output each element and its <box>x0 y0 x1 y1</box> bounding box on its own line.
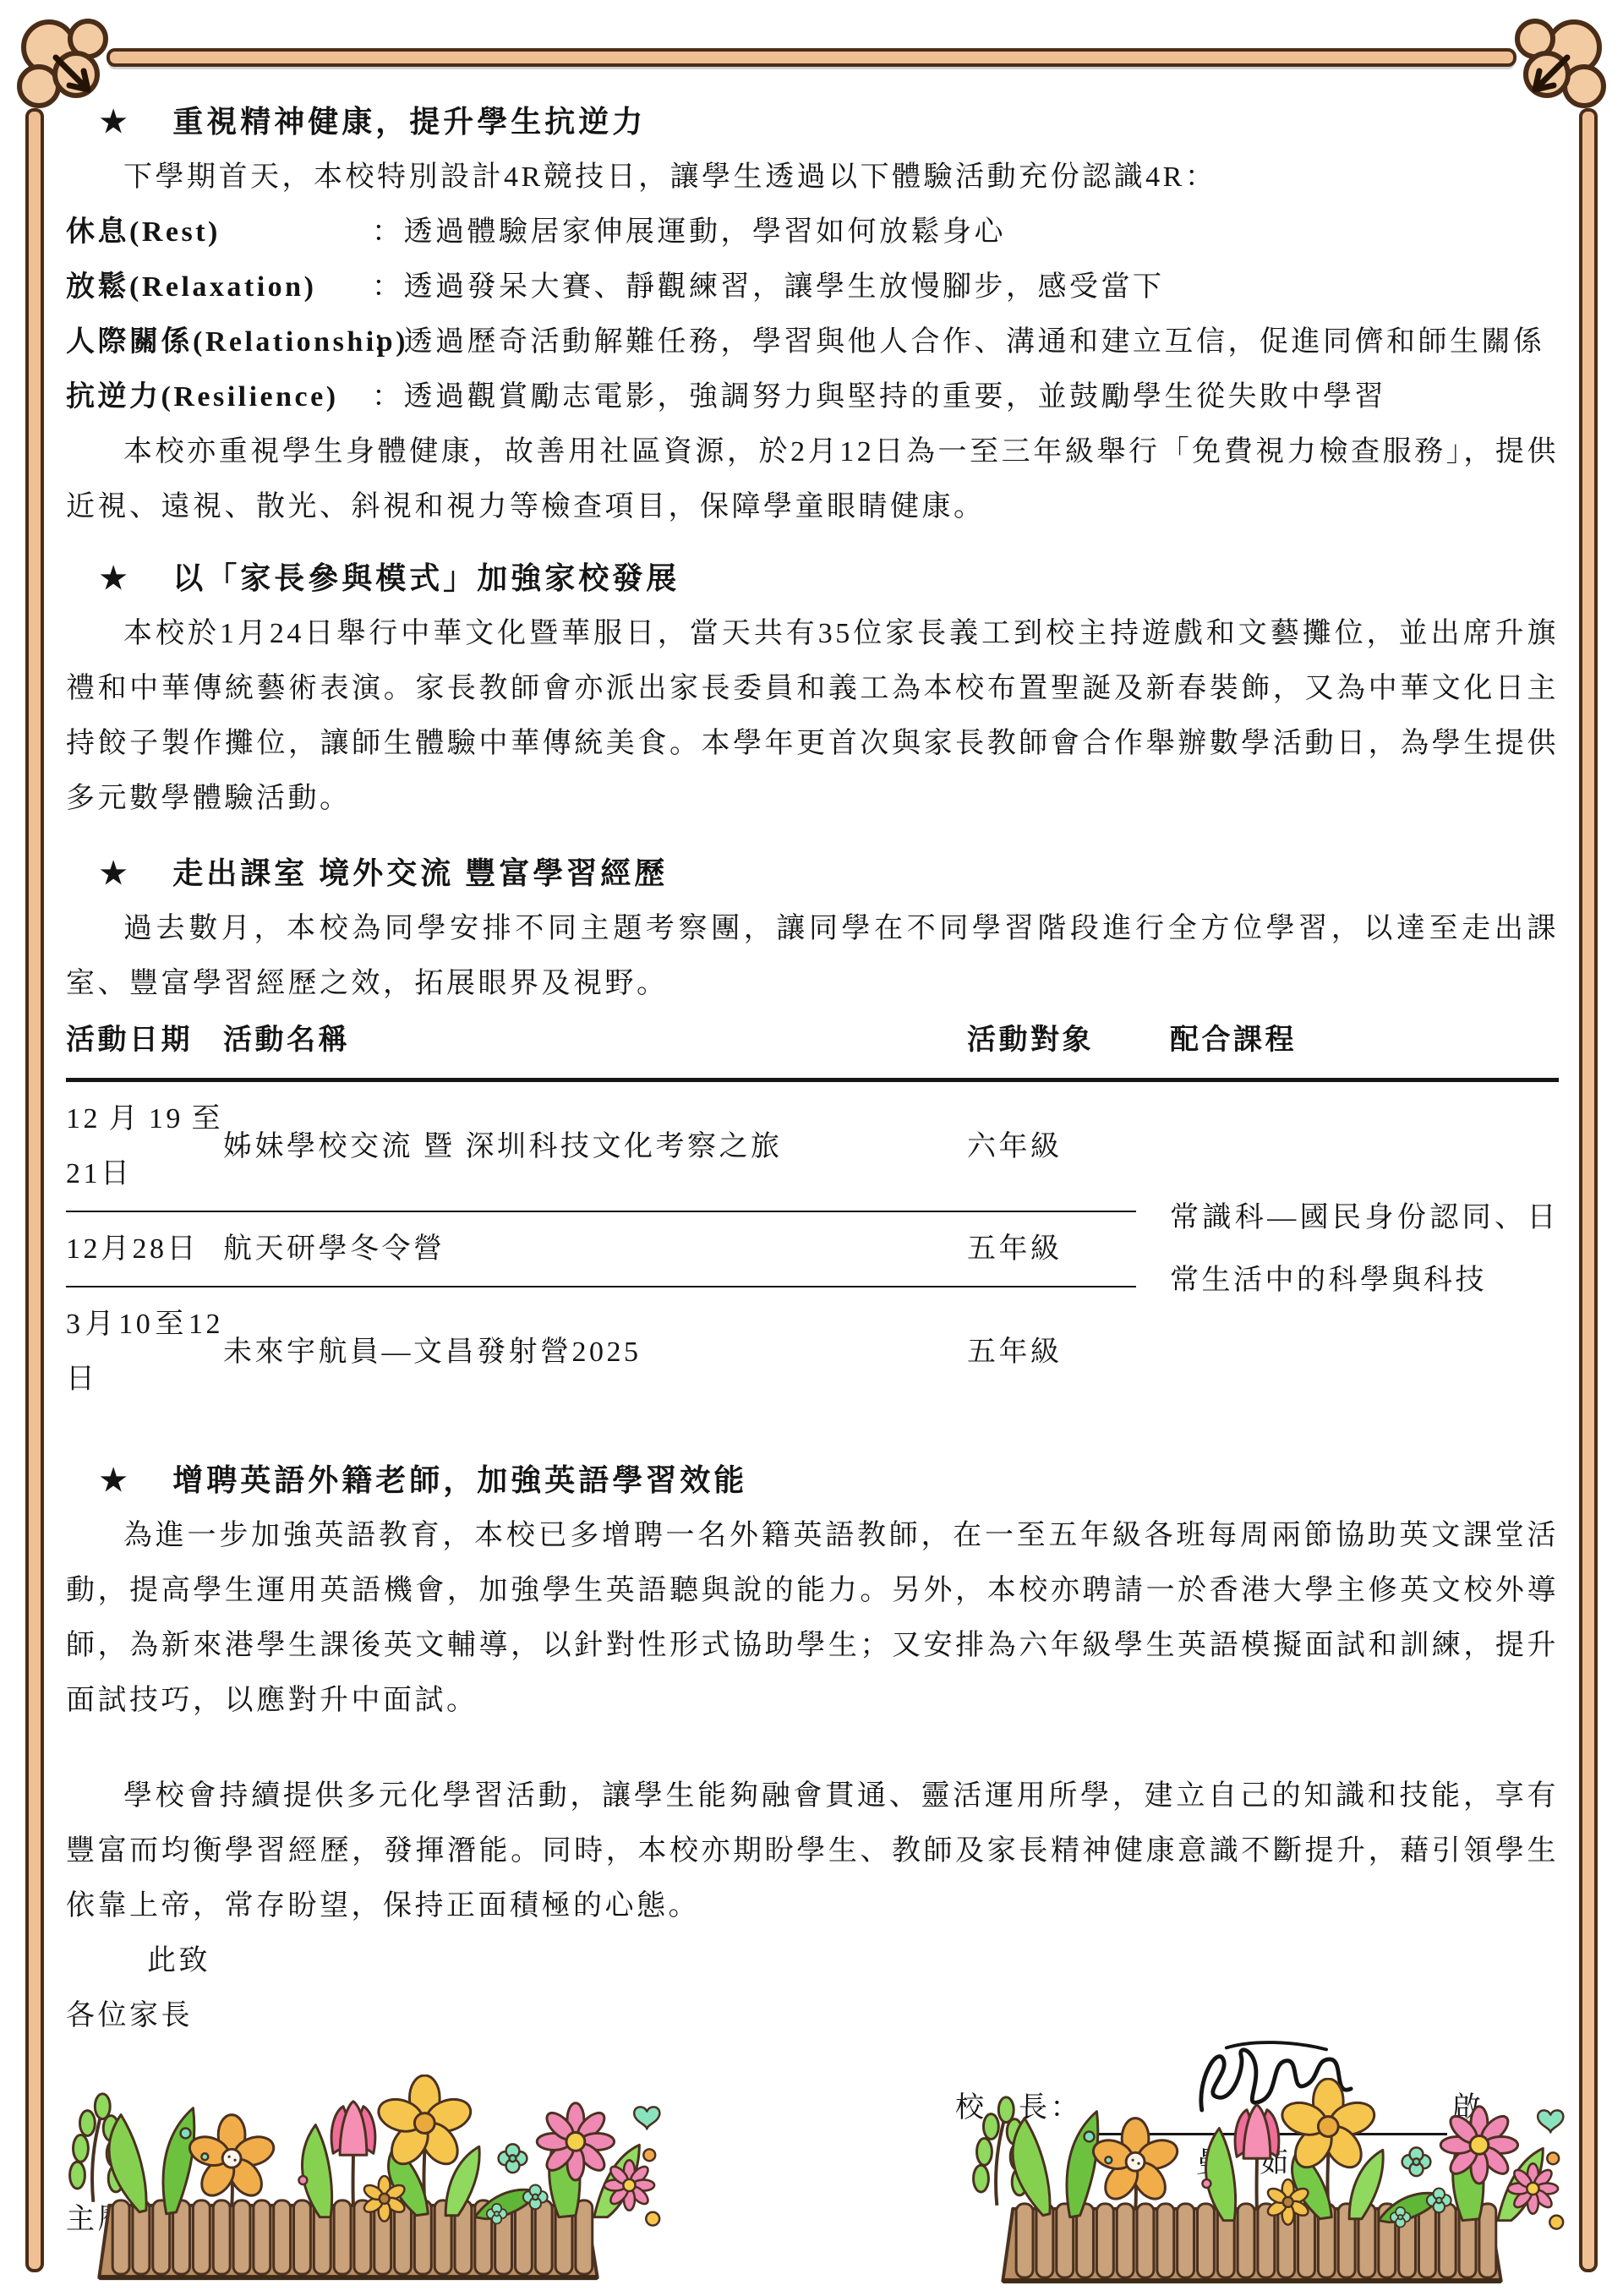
4r-term: 抗逆力(Resilience) <box>66 369 372 424</box>
cell-activity-target: 六年級 <box>967 1080 1136 1212</box>
4r-description: ：透過體驗居家伸展運動，學習如何放鬆身心 <box>372 205 1559 260</box>
section-title: 以「家長參與模式」加強家校發展 <box>172 551 680 606</box>
4r-description: ：透過歷奇活動解難任務，學習與他人合作、溝通和建立互信，促進同儕和師生關係 <box>372 314 1559 369</box>
paragraph-parent-engagement: 本校於1月24日舉行中華文化暨華服日，當天共有35位家長義工到校主持遊戲和文藝攤… <box>66 606 1559 826</box>
star-bullet-icon: ★ <box>100 95 130 150</box>
section-heading-english-teachers: ★ 增聘英語外籍老師，加強英語學習效能 <box>66 1453 1559 1508</box>
4r-description: ：透過發呆大賽、靜觀練習，讓學生放慢腳步，感受當下 <box>372 260 1559 314</box>
4r-term: 放鬆(Relaxation) <box>66 260 372 314</box>
header-activity-name: 活動名稱 <box>223 1011 967 1080</box>
paragraph-4r-intro: 下學期首天，本校特別設計4R競技日，讓學生透過以下體驗活動充份認識4R： <box>66 150 1559 205</box>
cell-activity-name: 姊妹學校交流 暨 深圳科技文化考察之旅 <box>223 1080 967 1212</box>
cell-activity-target: 五年級 <box>967 1287 1136 1416</box>
paragraph-english-teaching: 為進一步加強英語教育，本校已多增聘一名外籍英語教師，在一至五年級各班每周兩節協助… <box>66 1508 1559 1728</box>
salute-line: 此致 <box>66 1933 1559 1988</box>
star-bullet-icon: ★ <box>100 846 130 901</box>
section-title: 重視精神健康，提升學生抗逆力 <box>172 95 646 150</box>
header-related-curriculum: 配合課程 <box>1136 1011 1559 1080</box>
school-letter-page: ★ 重視精神健康，提升學生抗逆力 下學期首天，本校特別設計4R競技日，讓學生透過… <box>0 0 1623 2296</box>
flower-planter-illustration <box>915 2078 1591 2296</box>
cell-activity-name: 未來宇航員—文昌發射營2025 <box>223 1287 967 1416</box>
4r-item-relationship: 人際關係(Relationship) ：透過歷奇活動解難任務，學習與他人合作、溝… <box>66 314 1559 369</box>
section-title: 增聘英語外籍老師，加強英語學習效能 <box>172 1453 747 1508</box>
cell-activity-date: 3月10至12日 <box>66 1287 223 1416</box>
table-row: 12月19至21日 姊妹學校交流 暨 深圳科技文化考察之旅 六年級 常識科—國民… <box>66 1080 1559 1212</box>
star-bullet-icon: ★ <box>100 1453 130 1508</box>
cell-activity-name: 航天研學冬令營 <box>223 1211 967 1287</box>
section-title: 走出課室 境外交流 豐富學習經歷 <box>172 846 668 901</box>
table-header-row: 活動日期 活動名稱 活動對象 配合課程 <box>66 1011 1559 1080</box>
4r-term: 人際關係(Relationship) <box>66 314 372 369</box>
frame-right-border <box>1579 108 1598 2272</box>
4r-description: ：透過觀賞勵志電影，強調努力與堅持的重要，並鼓勵學生從失敗中學習 <box>372 369 1559 424</box>
flower-planter-illustration <box>19 2075 680 2293</box>
header-activity-date: 活動日期 <box>66 1011 223 1080</box>
cell-activity-target: 五年級 <box>967 1211 1136 1287</box>
header-activity-target: 活動對象 <box>967 1011 1136 1080</box>
activities-table: 活動日期 活動名稱 活動對象 配合課程 12月19至21日 姊妹學校交流 暨 深… <box>66 1011 1559 1416</box>
cell-related-curriculum: 常識科—國民身份認同、日常生活中的科學與科技 <box>1136 1080 1559 1417</box>
cell-activity-date: 12月28日 <box>66 1211 223 1287</box>
section-heading-beyond-classroom: ★ 走出課室 境外交流 豐富學習經歷 <box>66 846 1559 901</box>
cell-activity-date: 12月19至21日 <box>66 1080 223 1212</box>
4r-definition-list: 休息(Rest) ：透過體驗居家伸展運動，學習如何放鬆身心 放鬆(Relaxat… <box>66 205 1559 424</box>
star-bullet-icon: ★ <box>100 551 130 606</box>
paragraph-vision-check: 本校亦重視學生身體健康，故善用社區資源，於2月12日為一至三年級舉行「免費視力檢… <box>66 424 1559 534</box>
section-heading-parent-engagement: ★ 以「家長參與模式」加強家校發展 <box>66 551 1559 606</box>
4r-term: 休息(Rest) <box>66 205 372 260</box>
letter-body: ★ 重視精神健康，提升學生抗逆力 下學期首天，本校特別設計4R競技日，讓學生透過… <box>66 95 1559 2247</box>
frame-left-border <box>25 108 44 2272</box>
4r-item-resilience: 抗逆力(Resilience) ：透過觀賞勵志電影，強調努力與堅持的重要，並鼓勵… <box>66 369 1559 424</box>
section-heading-mental-health: ★ 重視精神健康，提升學生抗逆力 <box>66 95 1559 150</box>
4r-item-rest: 休息(Rest) ：透過體驗居家伸展運動，學習如何放鬆身心 <box>66 205 1559 260</box>
4r-item-relaxation: 放鬆(Relaxation) ：透過發呆大賽、靜觀練習，讓學生放慢腳步，感受當下 <box>66 260 1559 314</box>
paragraph-study-tours: 過去數月，本校為同學安排不同主題考察團，讓同學在不同學習階段進行全方位學習，以達… <box>66 901 1559 1011</box>
frame-top-border <box>107 48 1516 67</box>
paragraph-closing: 學校會持續提供多元化學習活動，讓學生能夠融會貫通、靈活運用所學，建立自己的知識和… <box>66 1768 1559 1933</box>
